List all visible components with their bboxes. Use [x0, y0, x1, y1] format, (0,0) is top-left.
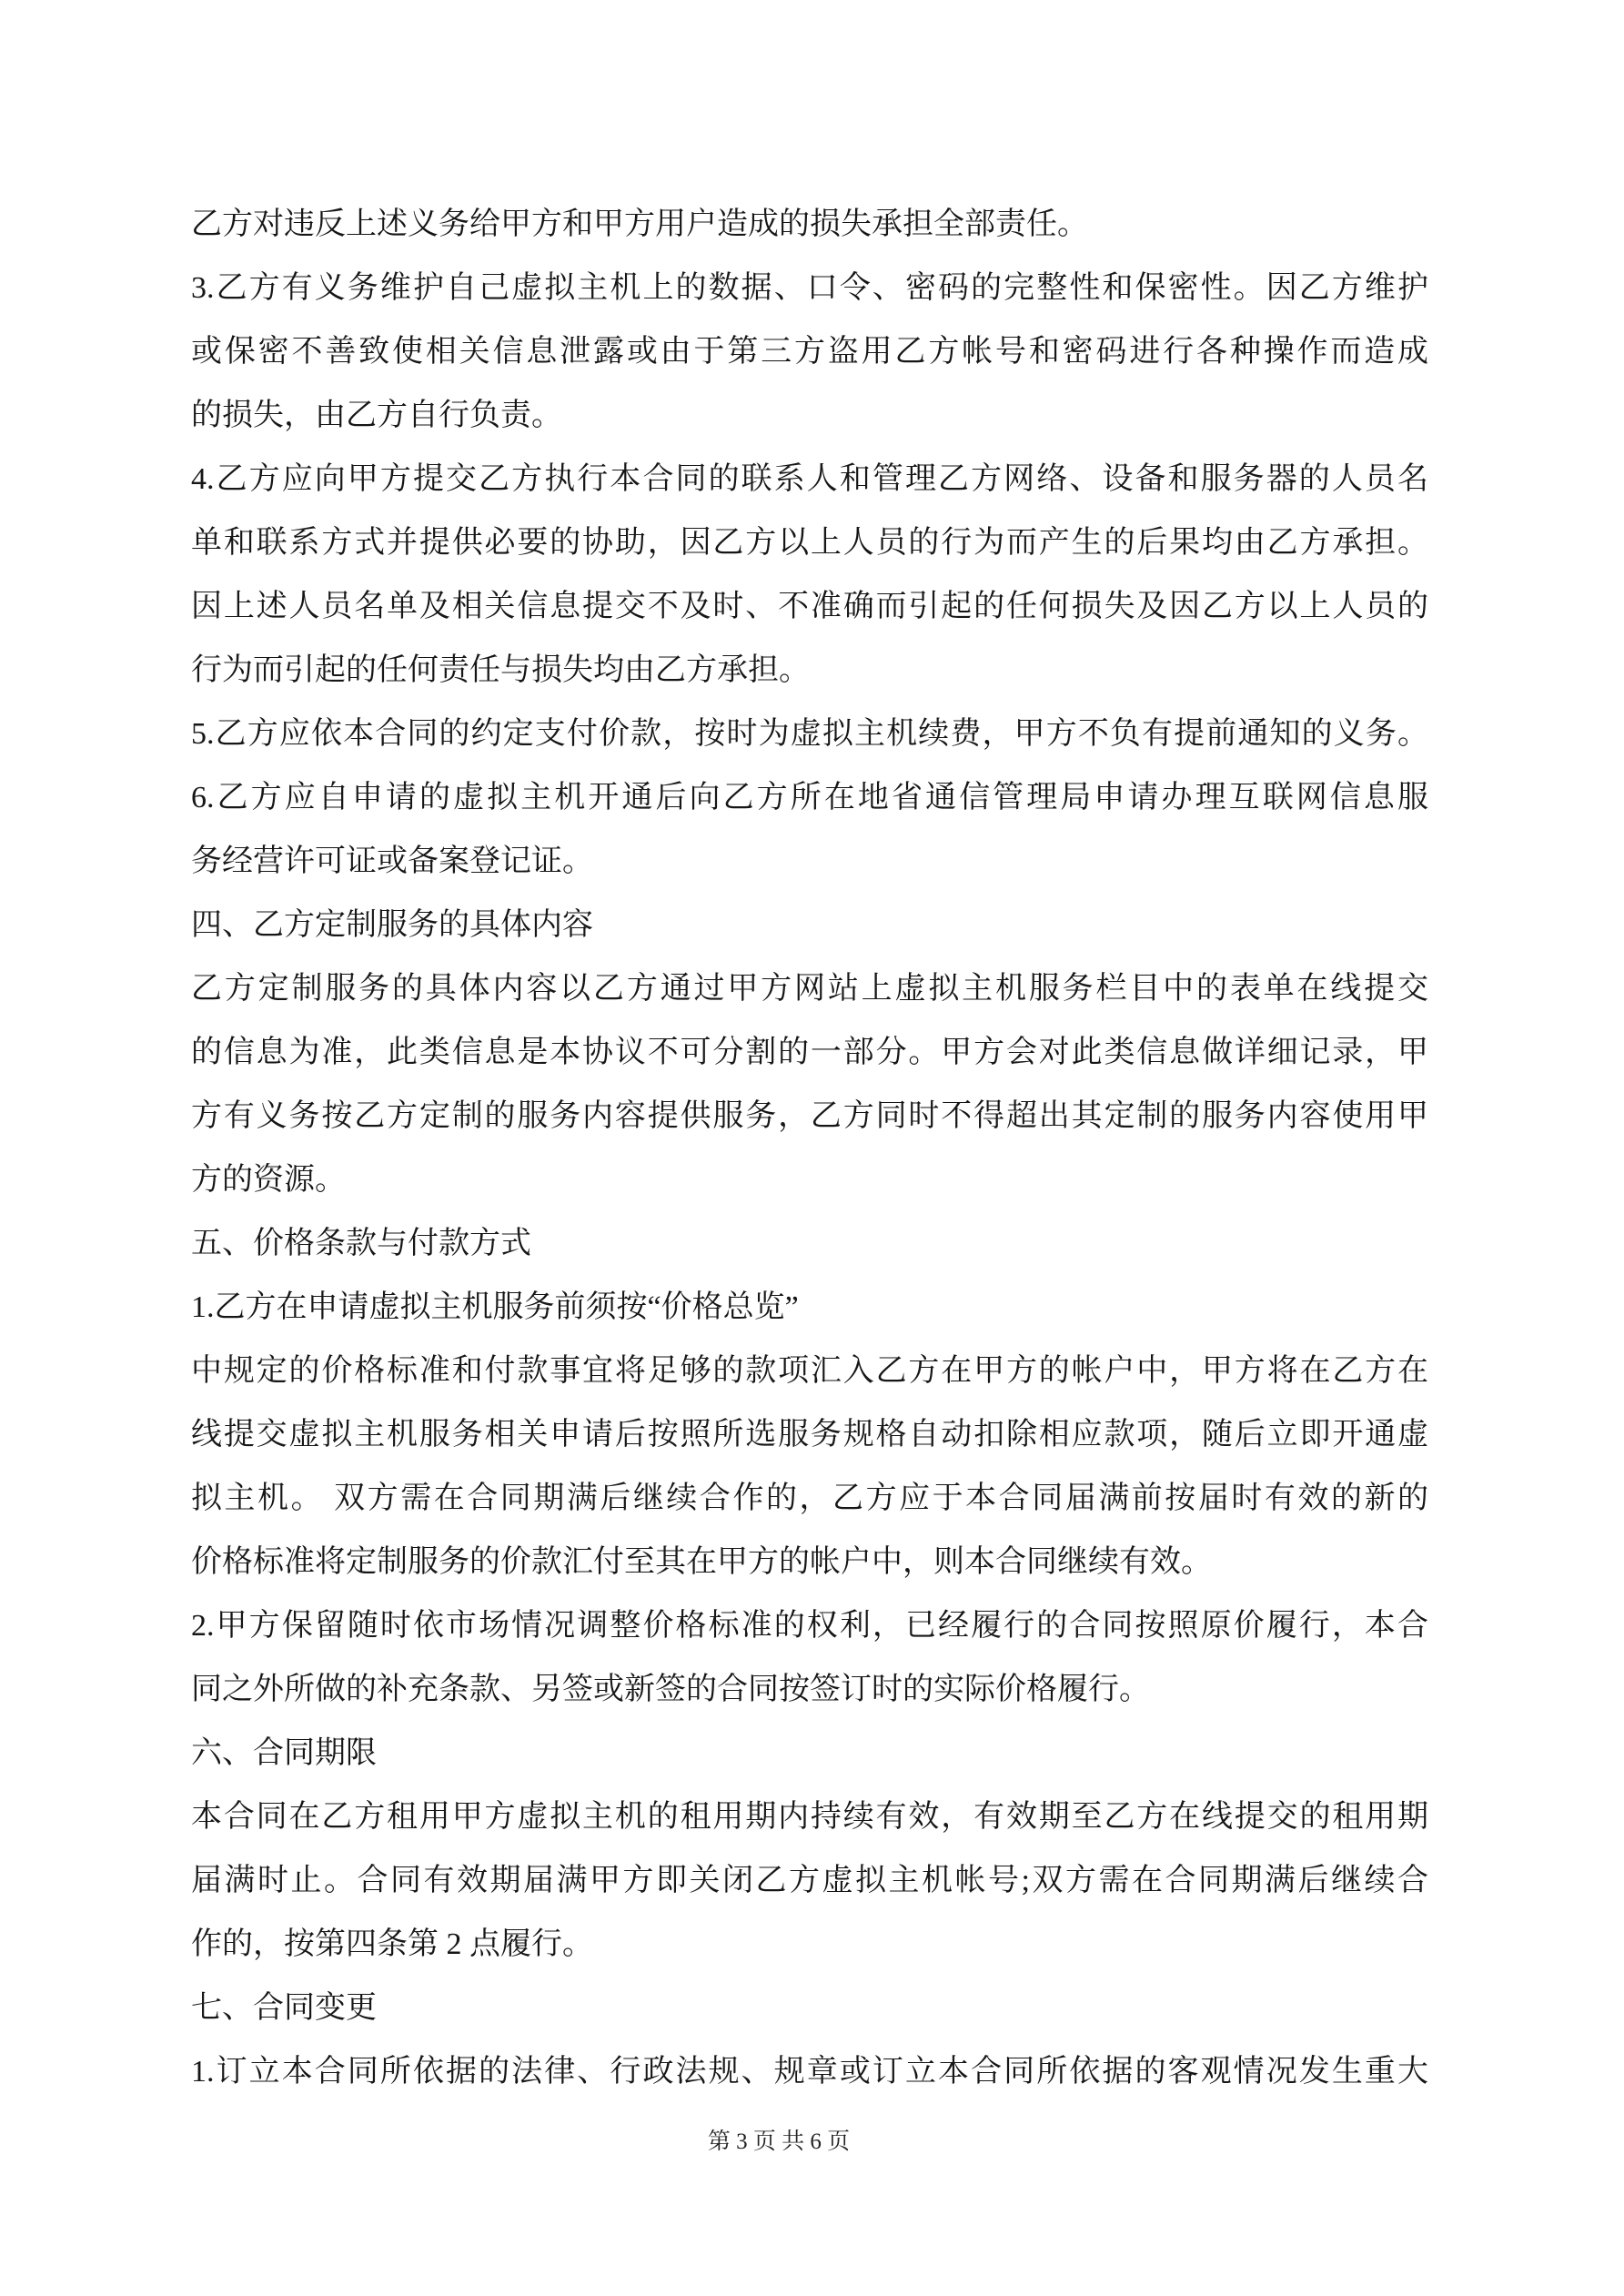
document-line: 单和联系方式并提供必要的协助，因乙方以上人员的行为而产生的后果均由乙方承担。 — [191, 511, 1428, 575]
document-line: 行为而引起的任何责任与损失均由乙方承担。 — [191, 639, 1428, 703]
document-line: 务经营许可证或备案登记证。 — [191, 830, 1428, 894]
page-footer: 第 3 页 共 6 页 — [0, 2128, 1558, 2157]
document-line: 四、乙方定制服务的具体内容 — [191, 894, 1428, 957]
document-line: 五、价格条款与付款方式 — [191, 1212, 1428, 1276]
document-line: 拟主机。 双方需在合同期满后继续合作的，乙方应于本合同届满前按届时有效的新的 — [191, 1467, 1428, 1531]
document-line: 3.乙方有义务维护自己虚拟主机上的数据、口令、密码的完整性和保密性。因乙方维护 — [191, 257, 1428, 320]
document-line: 中规定的价格标准和付款事宜将足够的款项汇入乙方在甲方的帐户中，甲方将在乙方在 — [191, 1340, 1428, 1403]
document-line: 线提交虚拟主机服务相关申请后按照所选服务规格自动扣除相应款项，随后立即开通虚 — [191, 1403, 1428, 1467]
document-line: 的信息为准，此类信息是本协议不可分割的一部分。甲方会对此类信息做详细记录，甲 — [191, 1021, 1428, 1085]
document-line: 因上述人员名单及相关信息提交不及时、不准确而引起的任何损失及因乙方以上人员的 — [191, 575, 1428, 639]
document-line: 价格标准将定制服务的价款汇付至其在甲方的帐户中，则本合同继续有效。 — [191, 1531, 1428, 1594]
document-line: 届满时止。合同有效期届满甲方即关闭乙方虚拟主机帐号;双方需在合同期满后继续合 — [191, 1849, 1428, 1913]
document-line: 5.乙方应依本合同的约定支付价款，按时为虚拟主机续费，甲方不负有提前通知的义务。 — [191, 703, 1428, 766]
document-line: 乙方对违反上述义务给甲方和甲方用户造成的损失承担全部责任。 — [191, 193, 1428, 257]
document-line: 作的，按第四条第 2 点履行。 — [191, 1913, 1428, 1977]
document-line: 1.乙方在申请虚拟主机服务前须按“价格总览” — [191, 1276, 1428, 1340]
document-line: 本合同在乙方租用甲方虚拟主机的租用期内持续有效，有效期至乙方在线提交的租用期 — [191, 1785, 1428, 1849]
document-line: 乙方定制服务的具体内容以乙方通过甲方网站上虚拟主机服务栏目中的表单在线提交 — [191, 957, 1428, 1021]
document-line: 的损失，由乙方自行负责。 — [191, 384, 1428, 448]
document-line: 方有义务按乙方定制的服务内容提供服务，乙方同时不得超出其定制的服务内容使用甲 — [191, 1085, 1428, 1148]
document-line: 2.甲方保留随时依市场情况调整价格标准的权利，已经履行的合同按照原价履行，本合 — [191, 1594, 1428, 1658]
document-line: 4.乙方应向甲方提交乙方执行本合同的联系人和管理乙方网络、设备和服务器的人员名 — [191, 448, 1428, 511]
document-line: 或保密不善致使相关信息泄露或由于第三方盗用乙方帐号和密码进行各种操作而造成 — [191, 320, 1428, 384]
document-line: 七、合同变更 — [191, 1977, 1428, 2040]
document-line: 方的资源。 — [191, 1148, 1428, 1212]
document-line: 1.订立本合同所依据的法律、行政法规、规章或订立本合同所依据的客观情况发生重大 — [191, 2040, 1428, 2104]
document-line: 同之外所做的补充条款、另签或新签的合同按签订时的实际价格履行。 — [191, 1658, 1428, 1722]
document-line: 6.乙方应自申请的虚拟主机开通后向乙方所在地省通信管理局申请办理互联网信息服 — [191, 766, 1428, 830]
document-page: 乙方对违反上述义务给甲方和甲方用户造成的损失承担全部责任。3.乙方有义务维护自己… — [0, 0, 1624, 2296]
document-line: 六、合同期限 — [191, 1722, 1428, 1785]
contract-body: 乙方对违反上述义务给甲方和甲方用户造成的损失承担全部责任。3.乙方有义务维护自己… — [191, 193, 1428, 2104]
page-number-label: 第 3 页 共 6 页 — [708, 2129, 850, 2154]
